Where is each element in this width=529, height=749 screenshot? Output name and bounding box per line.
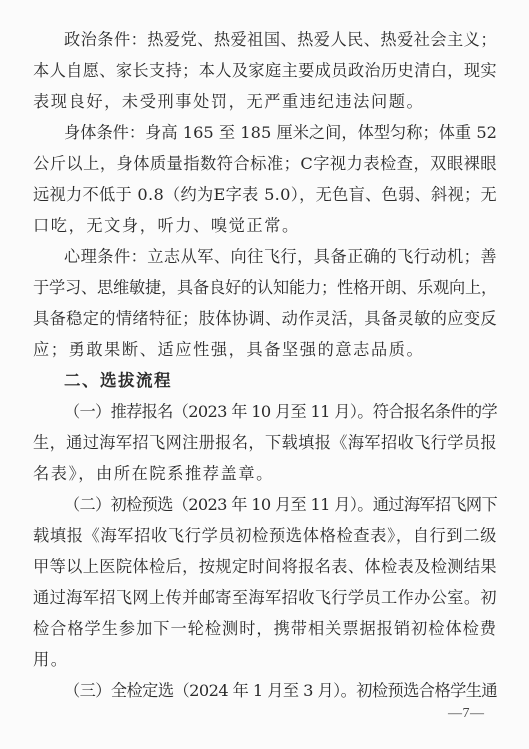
paragraph-psychological-line-2: 于学习、思维敏捷，具备良好的认知能力；性格开朗、乐观向上， xyxy=(33,272,497,303)
paragraph-political-line-2: 本人自愿、家长支持；本人及家庭主要成员政治历史清白，现实 xyxy=(33,55,497,86)
paragraph-step2-line-3: 甲等以上医院体检后，按规定时间将报名表、体检表及检测结果 xyxy=(33,551,497,582)
section-heading-selection-process: 二、选拔流程 xyxy=(33,365,497,396)
paragraph-step1-line-2: 生，通过海军招飞网注册报名，下载填报《海军招收飞行学员报 xyxy=(33,427,497,458)
document-page: 政治条件：热爱党、热爱祖国、热爱人民、热爱社会主义； 本人自愿、家长支持；本人及… xyxy=(33,24,497,706)
paragraph-step2-line-6: 用。 xyxy=(33,644,497,675)
paragraph-physical-line-3: 远视力不低于 0.8（约为E字表 5.0），无色盲、色弱、斜视；无 xyxy=(33,179,497,210)
paragraph-psychological-line-3: 具备稳定的情绪特征；肢体协调、动作灵活，具备灵敏的应变反 xyxy=(33,303,497,334)
paragraph-psychological-line-4: 应；勇敢果断、适应性强，具备坚强的意志品质。 xyxy=(33,334,497,365)
paragraph-step1-line-1: （一）推荐报名（2023 年 10 月至 11 月）。符合报名条件的学 xyxy=(33,396,497,427)
paragraph-political-line-1: 政治条件：热爱党、热爱祖国、热爱人民、热爱社会主义； xyxy=(33,24,497,55)
paragraph-step1-line-3: 名表》，由所在院系推荐盖章。 xyxy=(33,458,497,489)
paragraph-step2-line-2: 载填报《海军招收飞行学员初检预选体格检查表》，自行到二级 xyxy=(33,520,497,551)
paragraph-psychological-line-1: 心理条件：立志从军、向往飞行，具备正确的飞行动机；善 xyxy=(33,241,497,272)
paragraph-step2-line-5: 检合格学生参加下一轮检测时，携带相关票据报销初检体检费 xyxy=(33,613,497,644)
paragraph-step3-line-1: （三）全检定选（2024 年 1 月至 3 月）。初检预选合格学生通 xyxy=(33,675,497,706)
paragraph-physical-line-2: 公斤以上，身体质量指数符合标准；C字视力表检查，双眼裸眼 xyxy=(33,148,497,179)
paragraph-physical-line-4: 口吃，无文身，听力、嗅觉正常。 xyxy=(33,210,497,241)
paragraph-political-line-3: 表现良好，未受刑事处罚，无严重违纪违法问题。 xyxy=(33,86,497,117)
paragraph-physical-line-1: 身体条件：身高 165 至 185 厘米之间，体型匀称；体重 52 xyxy=(33,117,497,148)
paragraph-step2-line-4: 通过海军招飞网上传并邮寄至海军招收飞行学员工作办公室。初 xyxy=(33,582,497,613)
paragraph-step2-line-1: （二）初检预选（2023 年 10 月至 11 月）。通过海军招飞网下 xyxy=(33,489,497,520)
page-number: —7— xyxy=(448,706,485,722)
